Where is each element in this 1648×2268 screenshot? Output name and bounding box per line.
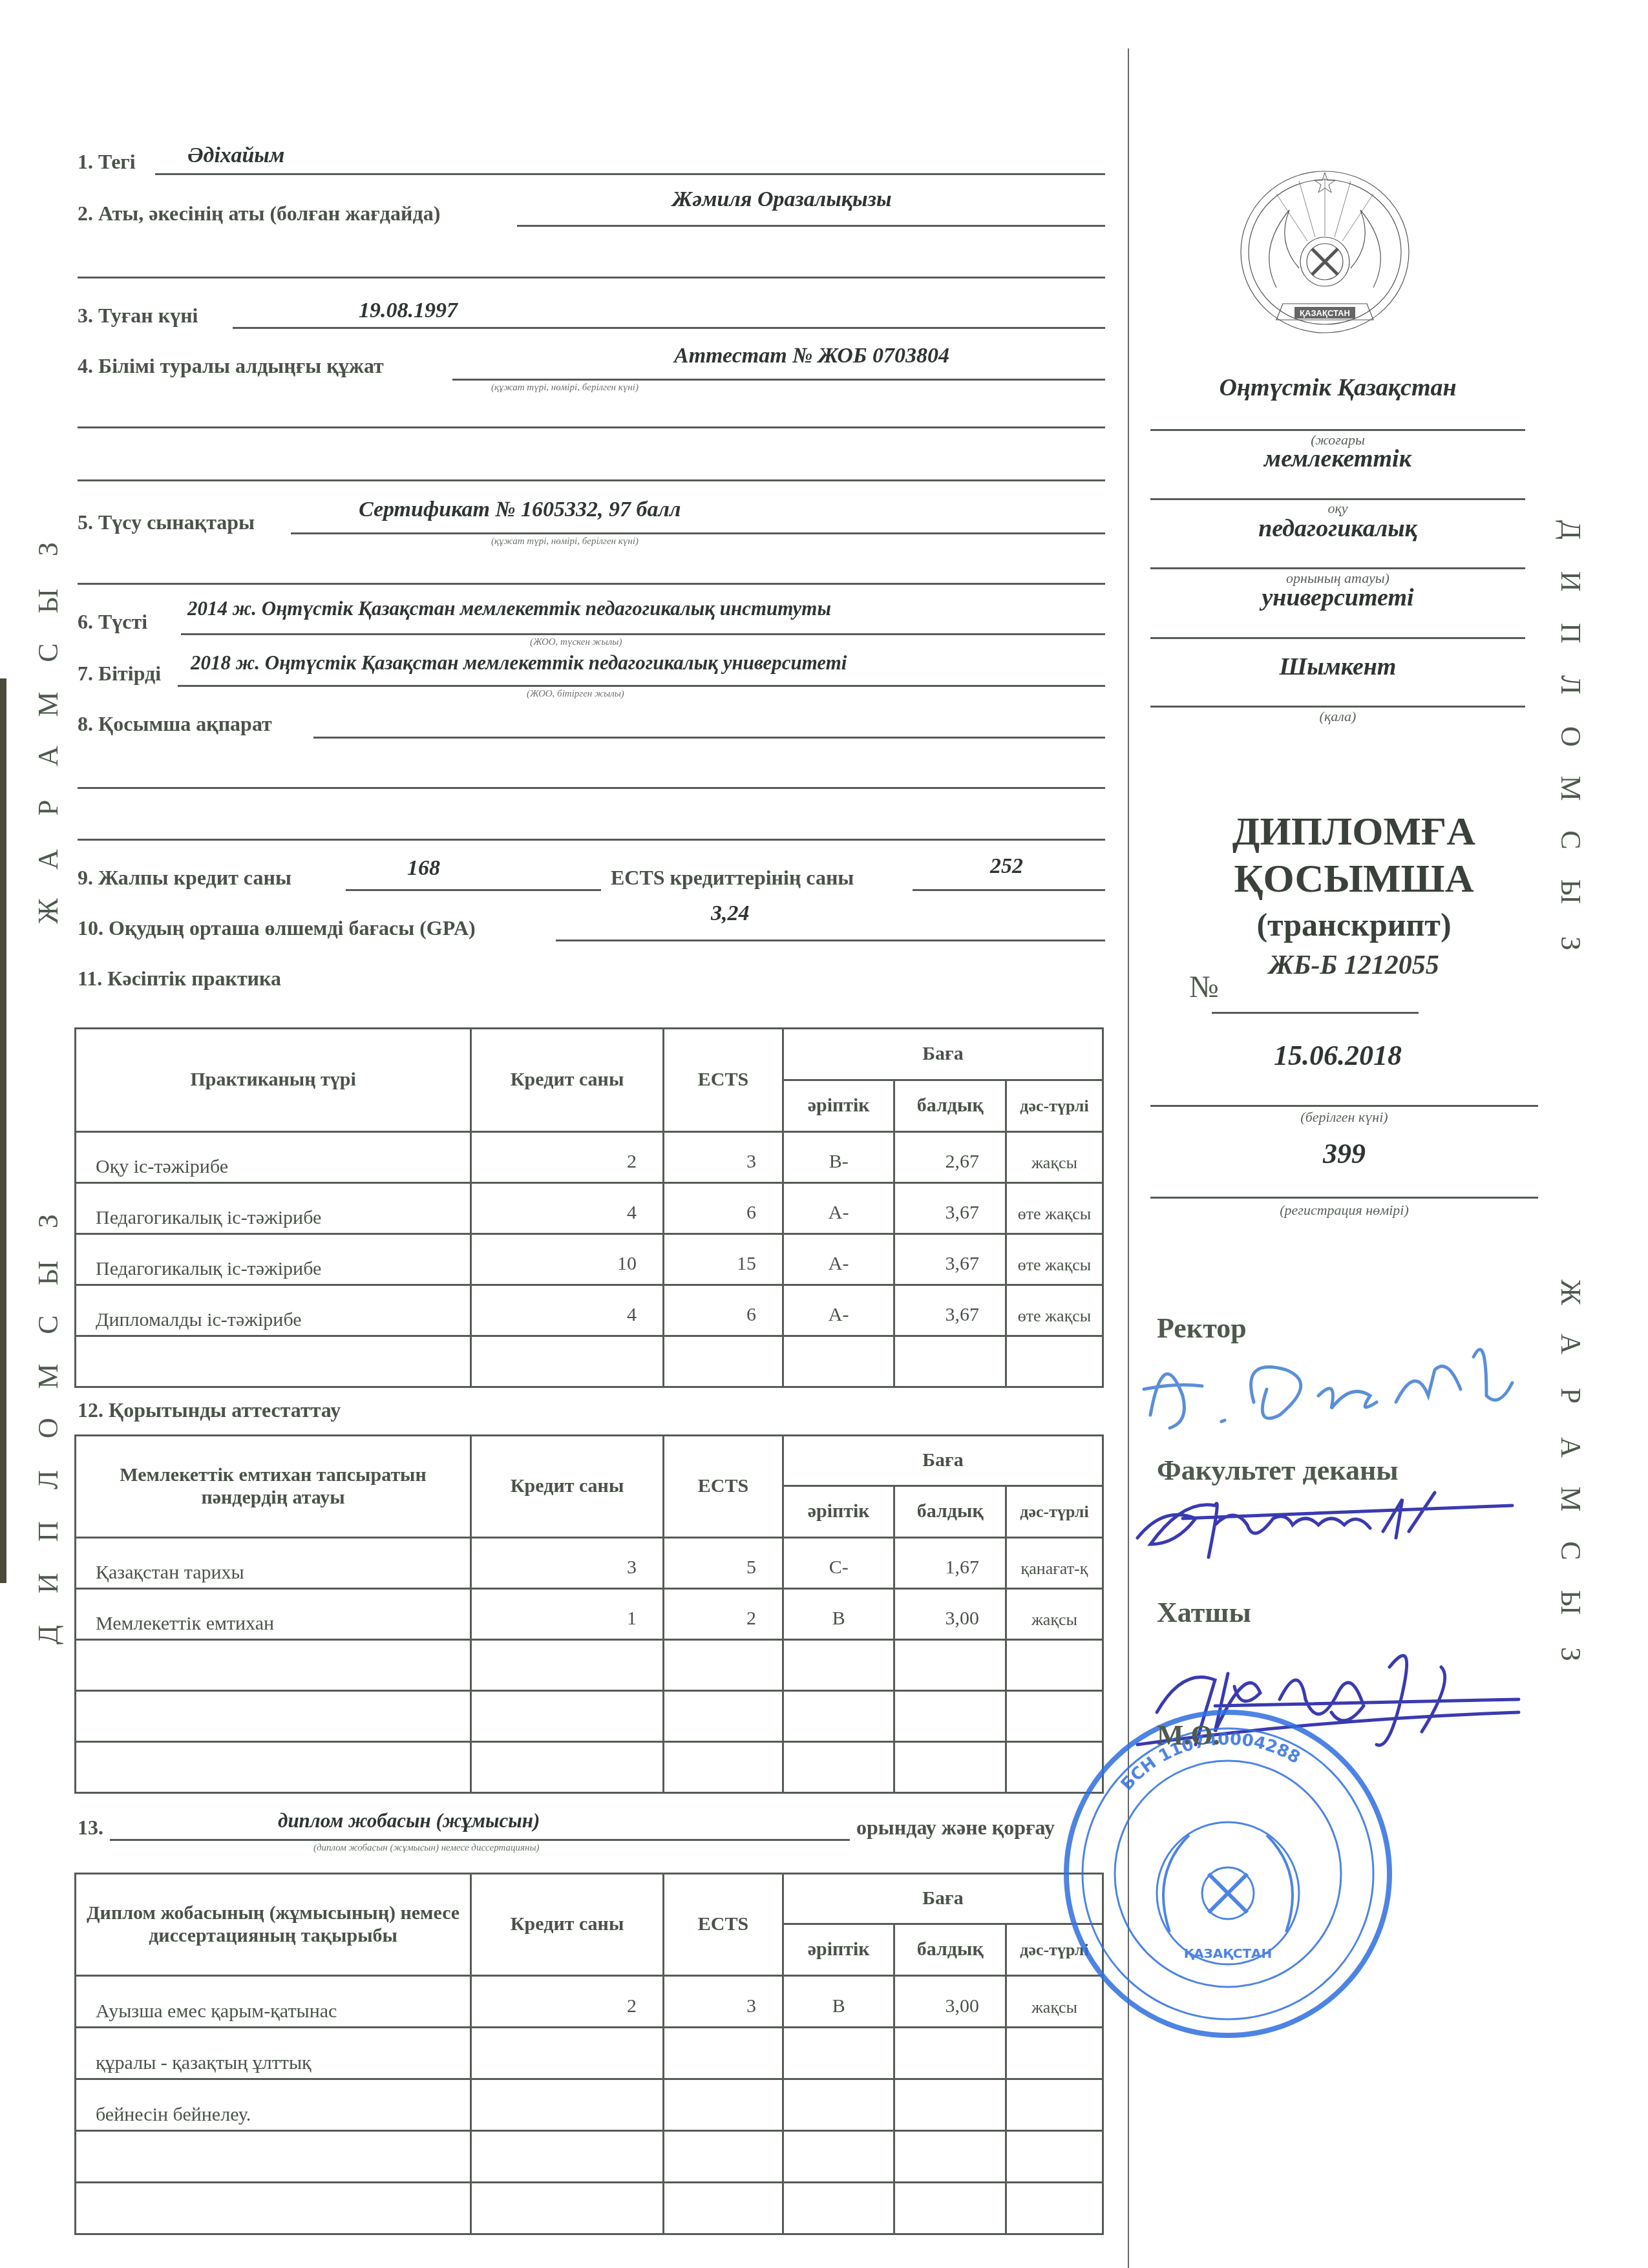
attestation-table: Мемлекеттік емтихан тапсыратын пәндердің… (74, 1434, 1104, 1794)
side-letter: З (23, 542, 74, 556)
enrolled-line (181, 633, 1105, 635)
graduated-line (178, 685, 1105, 687)
cell-traditional (1006, 2131, 1103, 2183)
entrance-tests-line (291, 532, 1105, 534)
registration-underline (1150, 1197, 1538, 1199)
side-letter: Р (23, 800, 74, 815)
cell-points (894, 1640, 1006, 1691)
institution-underline (1150, 637, 1525, 639)
cell-credits: 1 (471, 1589, 664, 1640)
surname-label: 1. Тегі (78, 150, 136, 174)
cell-credits: 4 (471, 1285, 664, 1336)
city-value: Шымкент (1147, 653, 1528, 681)
cell-credits: 10 (471, 1234, 664, 1285)
table-row (76, 1336, 1103, 1387)
gpa-value: 3,24 (711, 901, 750, 926)
cell-traditional: өте жақсы (1006, 1234, 1103, 1285)
institution-line-2: мемлекеттік (1147, 445, 1528, 473)
document-title-line-1: ДИПЛОМҒА (1150, 809, 1558, 855)
seal-label: М.О. (1157, 1719, 1220, 1752)
prior-document-value: Аттестат № ЖОБ 0703804 (674, 344, 949, 368)
dean-signature-icon (1125, 1480, 1525, 1570)
col-exam-subject: Мемлекеттік емтихан тапсыратын пәндердің… (76, 1436, 471, 1538)
col-grade: Баға (783, 1874, 1103, 1924)
cell-points: 3,67 (894, 1183, 1006, 1234)
prior-document-line (452, 379, 1105, 381)
cell-name: Оқу іс-тәжірибе (76, 1132, 471, 1183)
side-text-right-bottom: ЖАРАМСЫЗ (1551, 1266, 1590, 1680)
cell-points (894, 2183, 1006, 2234)
side-letter: П (23, 1521, 74, 1542)
cell-name: бейнесін бейнелеу. (76, 2079, 471, 2131)
blank-line (78, 479, 1105, 481)
surname-value: Әдіхайым (187, 143, 284, 168)
side-letter: О (1545, 726, 1596, 747)
col-ects: ECTS (664, 1029, 783, 1132)
table-row: Оқу іс-тәжірибе23B-2,67жақсы (76, 1132, 1103, 1183)
official-seal-icon: БСН 110740004288 ҚАЗАҚСТАН (1060, 1706, 1396, 2042)
cell-ects: 2 (664, 1589, 783, 1640)
cell-ects (664, 2079, 783, 2131)
institution-line-3: педагогикалық (1147, 514, 1528, 543)
cell-ects: 15 (664, 1234, 783, 1285)
entrance-tests-hint: (құжат түрі, нөмірі, берілген күні) (491, 536, 639, 547)
col-traditional: дәс-түрлі (1006, 1080, 1103, 1132)
col-letter: әріптік (783, 1486, 894, 1538)
blank-line (78, 787, 1105, 789)
issue-date-value: 15.06.2018 (1147, 1039, 1528, 1072)
table-row: Қазақстан тарихы35C-1,67қанағат-қ (76, 1538, 1103, 1589)
side-letter: М (1545, 1486, 1596, 1511)
blank-line (78, 839, 1105, 841)
cell-ects (664, 1640, 783, 1691)
col-credits: Кредит саны (471, 1874, 664, 1976)
cell-points: 3,00 (894, 1589, 1006, 1640)
thesis-hint: (диплом жобасын (жұмысын) немесе диссерт… (313, 1843, 540, 1854)
cell-credits: 2 (471, 1976, 664, 2028)
side-letter: З (1545, 1647, 1596, 1661)
side-letter: Ы (23, 1261, 74, 1285)
name-line (517, 225, 1105, 227)
cell-name (76, 2183, 471, 2234)
cell-letter: A- (783, 1183, 894, 1234)
enrolled-value: 2014 ж. Оңтүстік Қазақстан мемлекеттік п… (187, 597, 831, 620)
side-letter: А (1545, 1437, 1596, 1458)
cell-credits: 2 (471, 1132, 664, 1183)
side-letter: П (1545, 623, 1596, 644)
col-thesis-topic: Диплом жобасының (жұмысының) немесе дисс… (76, 1874, 471, 1976)
prior-document-label: 4. Білімі туралы алдыңғы құжат (78, 354, 384, 378)
table-row: Ауызша емес қарым-қатынас23B3,00жақсы (76, 1976, 1103, 2028)
enrolled-label: 6. Түсті (78, 610, 147, 634)
cell-traditional: өте жақсы (1006, 1183, 1103, 1234)
cell-points (894, 2079, 1006, 2131)
table-row (76, 2131, 1103, 2183)
entrance-tests-label: 5. Түсу сынақтары (78, 510, 255, 534)
cell-name (76, 1691, 471, 1742)
side-letter: М (23, 691, 74, 717)
side-letter: С (1545, 1541, 1596, 1560)
cell-credits (471, 2183, 664, 2234)
col-letter: әріптік (783, 1924, 894, 1976)
city-hint: (қала) (1147, 708, 1528, 725)
cell-traditional (1006, 1640, 1103, 1691)
ects-credits-value: 252 (990, 854, 1023, 879)
cell-points: 3,00 (894, 1976, 1006, 2028)
side-letter: М (1545, 775, 1596, 801)
document-title-line-2: ҚОСЫМША (1150, 856, 1558, 902)
side-letter: М (23, 1363, 74, 1389)
cell-name (76, 1336, 471, 1387)
additional-info-line (313, 737, 1105, 739)
cell-name: Ауызша емес қарым-қатынас (76, 1976, 471, 2028)
cell-credits (471, 2131, 664, 2183)
side-letter: С (23, 1315, 74, 1334)
col-points: балдық (894, 1924, 1006, 1976)
cell-ects (664, 1691, 783, 1742)
side-letter: С (23, 643, 74, 662)
name-line-2 (78, 277, 1105, 278)
additional-info-label: 8. Қосымша ақпарат (78, 712, 272, 736)
graduated-hint: (ЖОО, бітірген жылы) (527, 689, 624, 700)
institution-underline (1150, 567, 1525, 569)
cell-credits (471, 1336, 664, 1387)
cell-ects (664, 1742, 783, 1793)
cell-name: Педагогикалық іс-тәжірибе (76, 1183, 471, 1234)
table-row (76, 1742, 1103, 1793)
cell-ects: 6 (664, 1183, 783, 1234)
side-letter: А (23, 746, 74, 766)
state-emblem-icon: ҚАЗАҚСТАН (1238, 165, 1412, 342)
col-grade: Баға (783, 1029, 1103, 1080)
document-subtitle: (транскрипт) (1150, 906, 1558, 943)
practice-table: Практиканың түрі Кредит саны ECTS Баға ә… (74, 1027, 1104, 1388)
thesis-line (110, 1839, 850, 1841)
institution-line-1: Оңтүстік Қазақстан (1147, 373, 1528, 402)
institution-underline (1150, 429, 1525, 431)
cell-name: Дипломалды іс-тәжірибе (76, 1285, 471, 1336)
blank-line (78, 426, 1105, 428)
cell-letter: B (783, 1976, 894, 2028)
cell-points (894, 2131, 1006, 2183)
cell-ects: 3 (664, 1976, 783, 2028)
thesis-type-value: диплом жобасын (жұмысын) (278, 1809, 540, 1832)
col-ects: ECTS (664, 1874, 783, 1976)
cell-letter (783, 2028, 894, 2079)
cell-letter (783, 1742, 894, 1793)
thesis-table: Диплом жобасының (жұмысының) немесе дисс… (74, 1873, 1104, 2235)
cell-name: Педагогикалық іс-тәжірибе (76, 1234, 471, 1285)
cell-points (894, 1336, 1006, 1387)
table-row (76, 2183, 1103, 2234)
col-practice-type: Практиканың түрі (76, 1029, 471, 1132)
cell-traditional (1006, 2079, 1103, 2131)
practice-section-title: 11. Кәсіптік практика (78, 967, 281, 991)
side-letter: О (23, 1418, 74, 1438)
side-letter: И (1545, 571, 1596, 592)
cell-traditional (1006, 2183, 1103, 2234)
cell-letter: A- (783, 1234, 894, 1285)
cell-traditional: жақсы (1006, 1589, 1103, 1640)
blank-line (78, 583, 1105, 585)
secretary-label: Хатшы (1157, 1596, 1251, 1629)
total-credits-label: 9. Жалпы кредит саны (78, 866, 291, 890)
table-row (76, 1691, 1103, 1742)
side-text-left-bottom: ЗЫСМОЛПИД (29, 1195, 68, 1661)
cell-letter (783, 2079, 894, 2131)
ects-credits-label: ECTS кредиттерінің саны (611, 866, 854, 890)
table-row: Мемлекеттік емтихан12B3,00жақсы (76, 1589, 1103, 1640)
table-row: Дипломалды іс-тәжірибе46A-3,67өте жақсы (76, 1285, 1103, 1336)
side-letter: Ж (1545, 1279, 1596, 1305)
col-points: балдық (894, 1486, 1006, 1538)
cell-points: 2,67 (894, 1132, 1006, 1183)
cell-name (76, 1640, 471, 1691)
cell-ects: 3 (664, 1132, 783, 1183)
total-credits-line (346, 889, 601, 891)
attestation-section-title: 12. Қорытынды аттестаттау (78, 1398, 341, 1422)
cell-points (894, 1742, 1006, 1793)
cell-name (76, 1742, 471, 1793)
cell-ects (664, 1336, 783, 1387)
cell-points: 3,67 (894, 1234, 1006, 1285)
side-letter: Ж (23, 898, 74, 923)
cell-credits (471, 1691, 664, 1742)
cell-traditional: қанағат-қ (1006, 1538, 1103, 1589)
side-letter: Д (1545, 520, 1596, 540)
side-letter: Р (1545, 1388, 1596, 1403)
cell-points: 3,67 (894, 1285, 1006, 1336)
svg-text:ҚАЗАҚСТАН: ҚАЗАҚСТАН (1300, 308, 1350, 318)
number-underline (1212, 1012, 1419, 1014)
surname-line (155, 173, 1105, 175)
cell-ects: 5 (664, 1538, 783, 1589)
enrolled-hint: (ЖОО, түскен жылы) (530, 637, 622, 648)
col-ects: ECTS (664, 1436, 783, 1538)
cell-credits (471, 1742, 664, 1793)
cell-letter: A- (783, 1285, 894, 1336)
cell-name: Қазақстан тарихы (76, 1538, 471, 1589)
name-value: Жәмиля Оразалықызы (672, 187, 892, 212)
ects-credits-line (913, 889, 1105, 891)
cell-letter (783, 1336, 894, 1387)
side-letter: А (23, 849, 74, 870)
cell-ects (664, 2183, 783, 2234)
side-letter: Л (1545, 675, 1596, 695)
graduated-label: 7. Бітірді (78, 662, 161, 686)
cell-points (894, 1691, 1006, 1742)
birth-date-label: 3. Туған күні (78, 304, 198, 328)
table-row: Педагогикалық іс-тәжірибе46A-3,67өте жақ… (76, 1183, 1103, 1234)
registration-number-value: 399 (1150, 1137, 1538, 1170)
registration-hint: (регистрация нөмірі) (1150, 1202, 1538, 1219)
cell-credits (471, 2079, 664, 2131)
cell-points (894, 2028, 1006, 2079)
cell-ects (664, 2131, 783, 2183)
table-row: құралы - қазақтың ұлттық (76, 2028, 1103, 2079)
gpa-line (556, 940, 1105, 941)
thesis-section-number: 13. (78, 1816, 103, 1840)
table-row (76, 1640, 1103, 1691)
side-letter: Ы (1545, 1590, 1596, 1615)
birth-date-value: 19.08.1997 (359, 299, 458, 323)
cell-letter (783, 2131, 894, 2183)
cell-name: Мемлекеттік емтихан (76, 1589, 471, 1640)
col-credits: Кредит саны (471, 1436, 664, 1538)
col-grade: Баға (783, 1436, 1103, 1486)
side-letter: Д (23, 1625, 74, 1644)
col-letter: әріптік (783, 1080, 894, 1132)
side-letter: Л (23, 1470, 74, 1489)
cell-points: 1,67 (894, 1538, 1006, 1589)
col-traditional: дәс-түрлі (1006, 1486, 1103, 1538)
table-row: Педагогикалық іс-тәжірибе1015A-3,67өте ж… (76, 1234, 1103, 1285)
city-underline (1150, 706, 1525, 708)
cell-credits (471, 1640, 664, 1691)
cell-letter (783, 2183, 894, 2234)
side-text-left-top: ЗЫСМАРАЖ (29, 523, 68, 937)
cell-letter: B (783, 1589, 894, 1640)
birth-date-line (233, 327, 1105, 329)
side-letter: А (1545, 1334, 1596, 1354)
cell-letter: B- (783, 1132, 894, 1183)
svg-text:ҚАЗАҚСТАН: ҚАЗАҚСТАН (1184, 1946, 1273, 1961)
prior-document-hint: (құжат түрі, нөмірі, берілген күні) (491, 383, 639, 394)
cell-traditional (1006, 1336, 1103, 1387)
total-credits-value: 168 (407, 856, 440, 881)
cell-credits: 4 (471, 1183, 664, 1234)
cell-credits (471, 2028, 664, 2079)
cell-name (76, 2131, 471, 2183)
col-points: балдық (894, 1080, 1006, 1132)
cell-name: құралы - қазақтың ұлттық (76, 2028, 471, 2079)
col-credits: Кредит саны (471, 1029, 664, 1132)
cell-letter (783, 1691, 894, 1742)
cell-credits: 3 (471, 1538, 664, 1589)
side-letter: Ы (23, 589, 74, 613)
thesis-suffix: орындау және қорғау (856, 1816, 1055, 1840)
name-label: 2. Аты, әкесінің аты (болған жағдайда) (78, 202, 440, 226)
cell-ects (664, 2028, 783, 2079)
side-letter: З (23, 1214, 74, 1228)
cell-traditional: жақсы (1006, 1132, 1103, 1183)
institution-line-4: университеті (1147, 583, 1528, 612)
cell-traditional: өте жақсы (1006, 1285, 1103, 1336)
scan-edge (0, 678, 6, 1583)
side-letter: И (23, 1573, 74, 1593)
cell-letter (783, 1640, 894, 1691)
issue-date-underline (1150, 1105, 1538, 1107)
rector-signature-icon (1125, 1318, 1538, 1441)
table-row: бейнесін бейнелеу. (76, 2079, 1103, 2131)
number-sign: № (1189, 969, 1219, 1005)
cell-ects: 6 (664, 1285, 783, 1336)
graduated-value: 2018 ж. Оңтүстік Қазақстан мемлекеттік п… (191, 651, 847, 675)
gpa-label: 10. Оқудың орташа өлшемді бағасы (GPA) (78, 916, 476, 940)
issue-date-hint: (берілген күні) (1150, 1109, 1538, 1126)
cell-letter: C- (783, 1538, 894, 1589)
entrance-tests-value: Сертификат № 1605332, 97 балл (359, 498, 681, 522)
